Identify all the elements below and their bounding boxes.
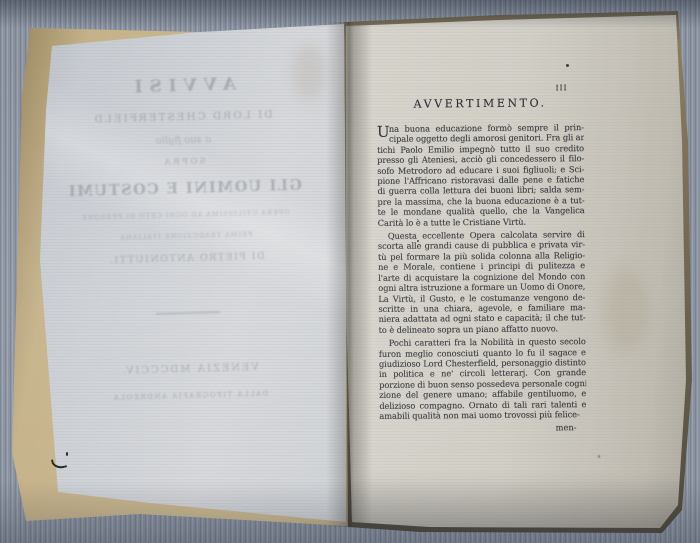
- paragraph: na buona educazione formò sempre il prin…: [377, 122, 585, 228]
- bleedthrough-small-line: OPERA UTILISSIMA AD OGNI CETO DI PERSONE: [61, 208, 309, 223]
- bleedthrough-author-line: DI LORD CHESTERFIELD: [59, 108, 307, 127]
- page-number: III: [556, 83, 568, 92]
- drop-cap: U: [377, 124, 387, 143]
- paragraph: Questa eccellente Opera calcolata servir…: [378, 229, 586, 335]
- paragraph: Pochi caratteri fra la Nobilità in quest…: [379, 336, 587, 421]
- bleedthrough-small-line: PRIMA TRADUZIONE ITALIANA: [62, 229, 310, 244]
- text-line: Carità lo è a tutte le Cristiane Virtù.: [378, 216, 585, 228]
- bleedthrough-subject-line: GLI UOMINI E COSTUMI: [60, 177, 308, 201]
- bleedthrough-imprint-city: VENEZIA MDCCCIV.: [66, 360, 314, 378]
- text-line: to è delineato sopra un piano affatto nu…: [379, 323, 586, 335]
- bleedthrough-title-page: AVVISI DI LORD CHESTERFIELD a suo figlio…: [58, 73, 315, 404]
- catchword: men-: [379, 422, 586, 434]
- fabric-background: AVVISI DI LORD CHESTERFIELD a suo figlio…: [0, 0, 700, 543]
- text-line: te le mondane qualità quello, che la Van…: [378, 205, 585, 217]
- bleedthrough-dedication-line: a suo figlio: [59, 132, 307, 150]
- bleedthrough-translator-line: DI PIETRO ANTONIUTTI.: [62, 250, 310, 268]
- right-page-text-block: III AVVERTIMENTO. U na buona educazione …: [376, 79, 586, 434]
- text-line: amabili qualità non mai uomo trovossi pi…: [379, 409, 586, 421]
- bleedthrough-rule: [156, 311, 220, 315]
- chapter-heading: AVVERTIMENTO.: [377, 96, 584, 111]
- bleedthrough-sopra-line: SOPRA: [60, 154, 308, 171]
